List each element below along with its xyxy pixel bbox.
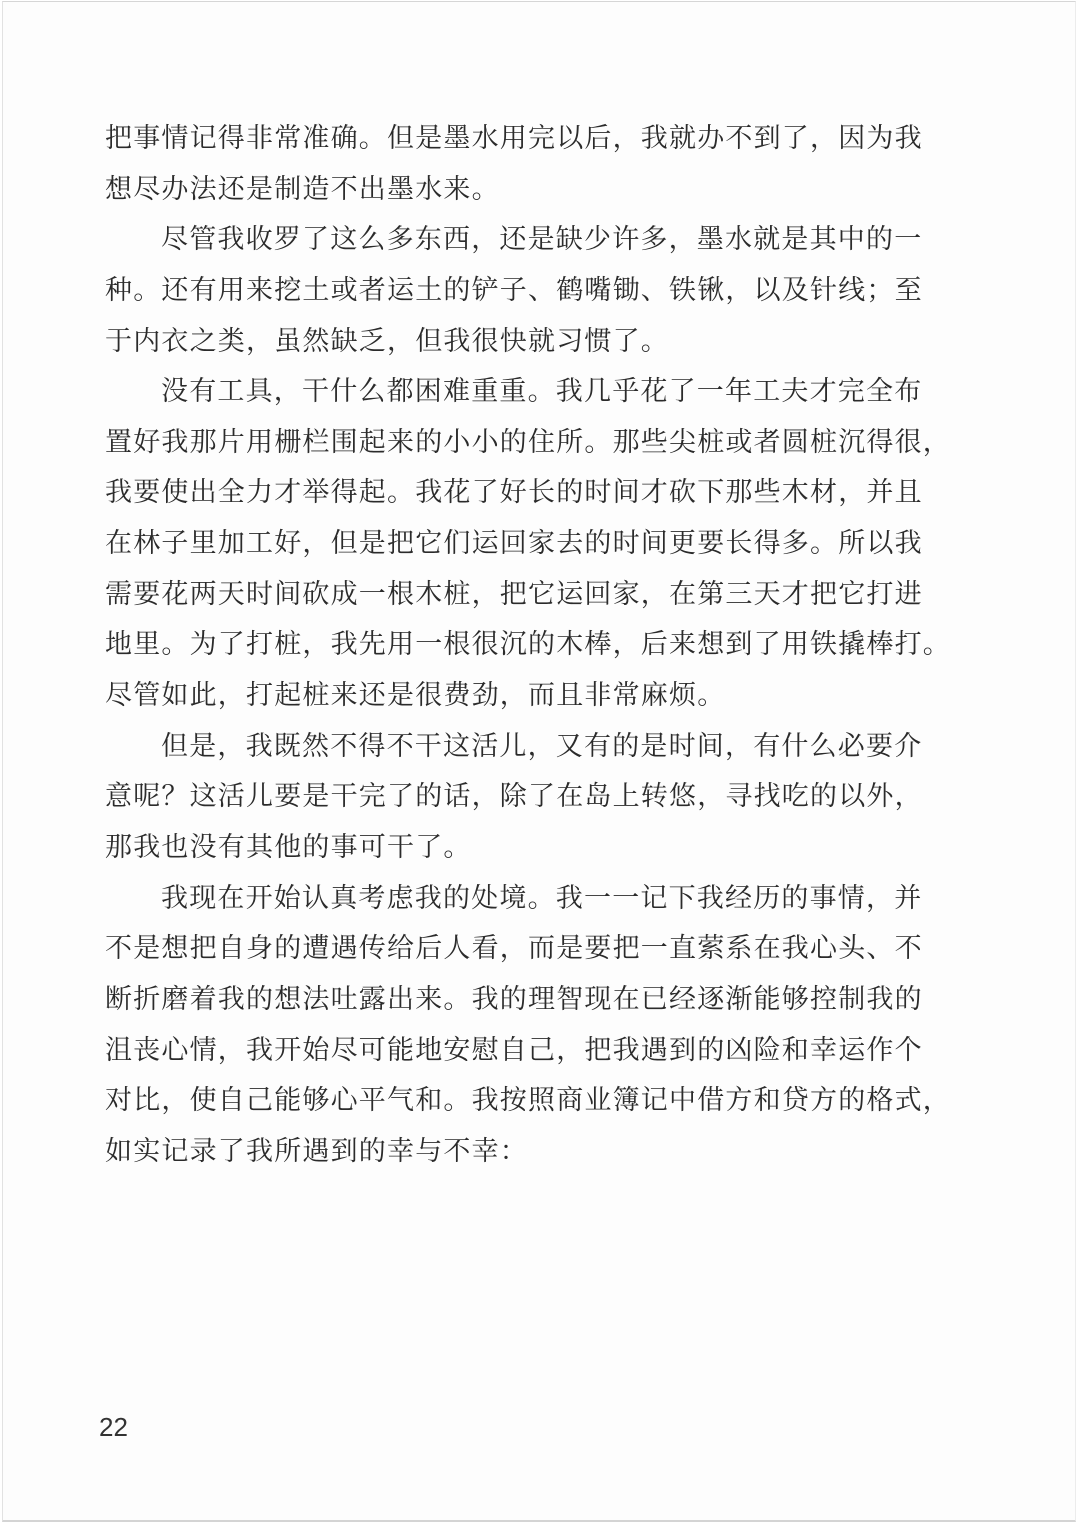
text-line: 如实记录了我所遇到的幸与不幸：: [105, 1127, 965, 1178]
paragraph-5: 我现在开始认真考虑我的处境。我一一记下我经历的事情，并 不是想把自身的遭遇传给后…: [105, 874, 965, 1178]
text-line: 需要花两天时间砍成一根木桩，把它运回家，在第三天才把它打进: [105, 570, 965, 621]
paragraph-1: 把事情记得非常准确。但是墨水用完以后，我就办不到了，因为我 想尽办法还是制造不出…: [105, 114, 965, 215]
text-line: 尽管我收罗了这么多东西，还是缺少许多，墨水就是其中的一: [105, 215, 965, 266]
text-line: 置好我那片用栅栏围起来的小小的住所。那些尖桩或者圆桩沉得很，: [105, 418, 965, 469]
book-page: 把事情记得非常准确。但是墨水用完以后，我就办不到了，因为我 想尽办法还是制造不出…: [2, 1, 1076, 1522]
text-line: 我现在开始认真考虑我的处境。我一一记下我经历的事情，并: [105, 874, 965, 925]
paragraph-3: 没有工具，干什么都困难重重。我几乎花了一年工夫才完全布 置好我那片用栅栏围起来的…: [105, 367, 965, 721]
text-line: 地里。为了打桩，我先用一根很沉的木棒，后来想到了用铁撬棒打。: [105, 620, 965, 671]
text-line: 把事情记得非常准确。但是墨水用完以后，我就办不到了，因为我: [105, 114, 965, 165]
body-text: 把事情记得非常准确。但是墨水用完以后，我就办不到了，因为我 想尽办法还是制造不出…: [105, 114, 965, 1177]
text-line: 不是想把自身的遭遇传给后人看，而是要把一直萦系在我心头、不: [105, 924, 965, 975]
text-line: 对比，使自己能够心平气和。我按照商业簿记中借方和贷方的格式，: [105, 1076, 965, 1127]
text-line: 但是，我既然不得不干这活儿，又有的是时间，有什么必要介: [105, 722, 965, 773]
text-line: 想尽办法还是制造不出墨水来。: [105, 165, 965, 216]
text-line: 种。还有用来挖土或者运土的铲子、鹤嘴锄、铁锹，以及针线；至: [105, 266, 965, 317]
page-number: 22: [99, 1412, 128, 1443]
text-line: 我要使出全力才举得起。我花了好长的时间才砍下那些木材，并且: [105, 468, 965, 519]
text-line: 意呢？这活儿要是干完了的话，除了在岛上转悠，寻找吃的以外，: [105, 772, 965, 823]
text-line: 那我也没有其他的事可干了。: [105, 823, 965, 874]
text-line: 在林子里加工好，但是把它们运回家去的时间更要长得多。所以我: [105, 519, 965, 570]
text-line: 于内衣之类，虽然缺乏，但我很快就习惯了。: [105, 317, 965, 368]
paragraph-4: 但是，我既然不得不干这活儿，又有的是时间，有什么必要介 意呢？这活儿要是干完了的…: [105, 722, 965, 874]
text-line: 沮丧心情，我开始尽可能地安慰自己，把我遇到的凶险和幸运作个: [105, 1026, 965, 1077]
text-line: 尽管如此，打起桩来还是很费劲，而且非常麻烦。: [105, 671, 965, 722]
text-line: 断折磨着我的想法吐露出来。我的理智现在已经逐渐能够控制我的: [105, 975, 965, 1026]
text-line: 没有工具，干什么都困难重重。我几乎花了一年工夫才完全布: [105, 367, 965, 418]
paragraph-2: 尽管我收罗了这么多东西，还是缺少许多，墨水就是其中的一 种。还有用来挖土或者运土…: [105, 215, 965, 367]
